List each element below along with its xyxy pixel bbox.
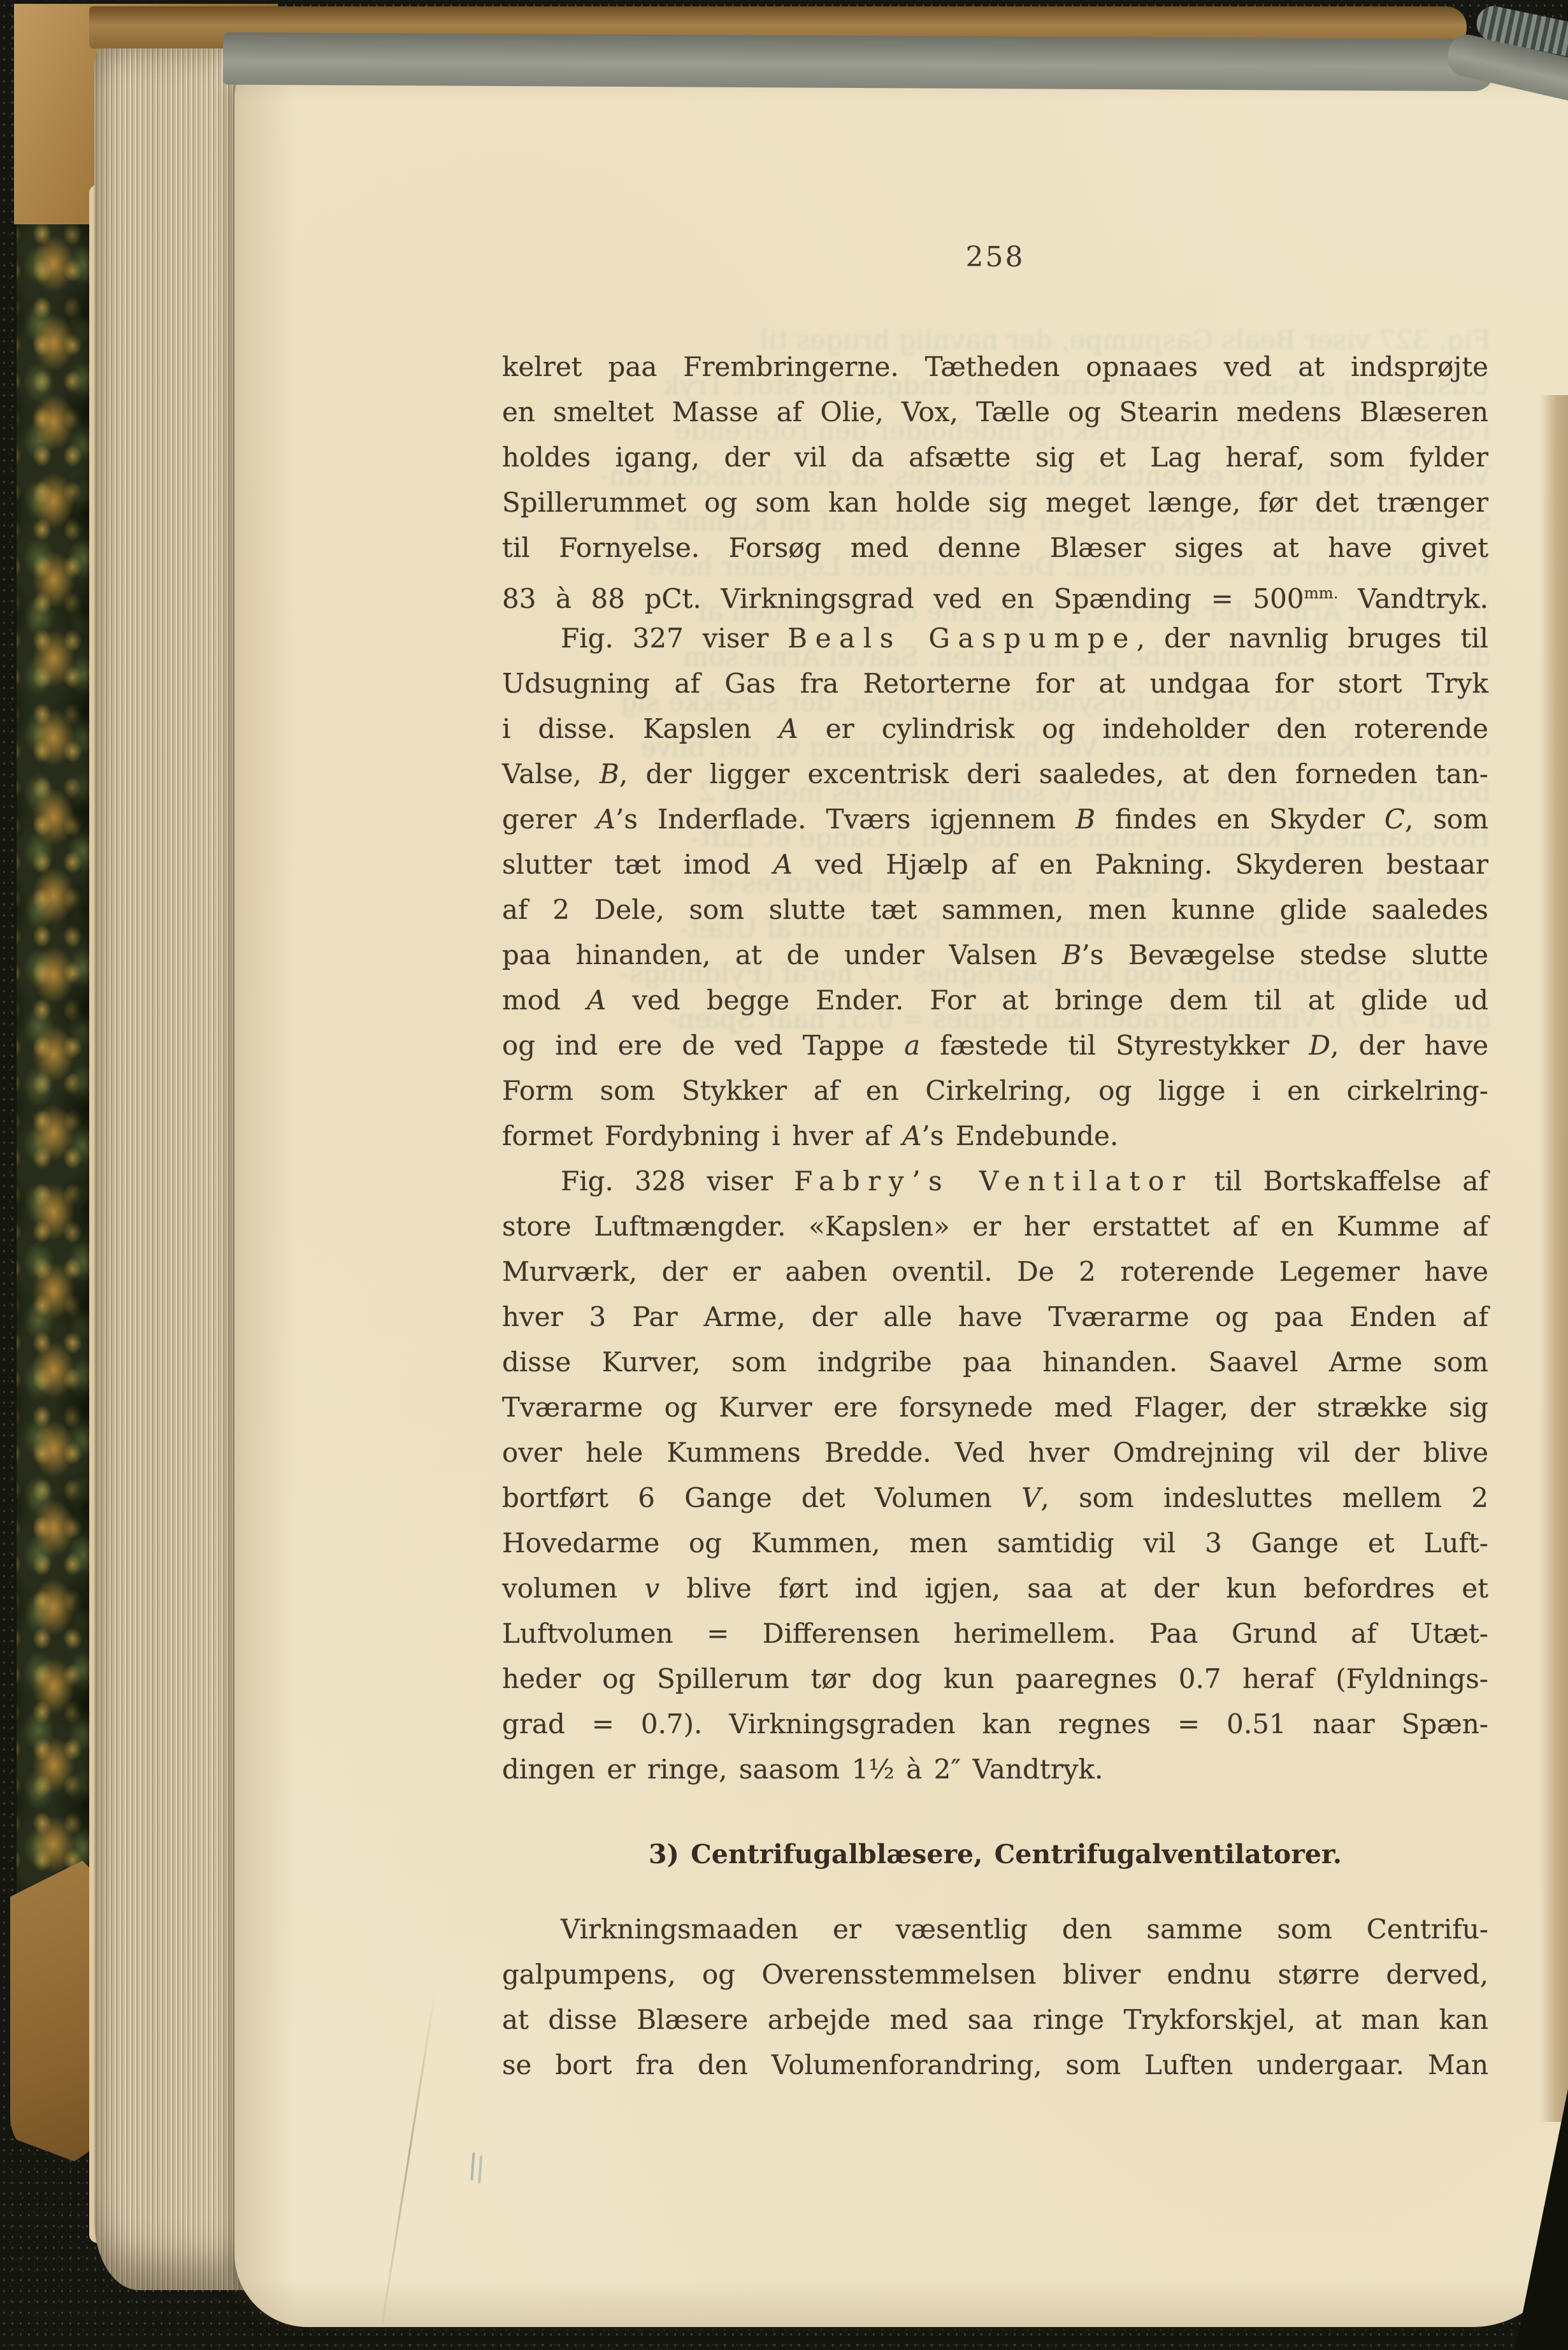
text-line: hver 3 Par Arme, der alle have Tværarme …	[502, 1294, 1488, 1339]
text-line: Fig. 327 viser Beals Gaspumpe, der navnl…	[502, 616, 1488, 661]
text-line: i disse. Kapslen A er cylindrisk og inde…	[502, 706, 1488, 751]
text-line: gerer A’s Inderflade. Tværs igjennem B f…	[502, 797, 1488, 842]
text-line: kelret paa Frembringerne. Tætheden opnaa…	[502, 344, 1488, 389]
text-line: 83 à 88 pCt. Virkningsgrad ved en Spændi…	[502, 570, 1488, 616]
text-line: disse Kurver, som indgribe paa hinanden.…	[502, 1339, 1488, 1385]
text-line: mod A ved begge Ender. For at bringe dem…	[502, 977, 1488, 1023]
text-line: formet Fordybning i hver af A’s Endebund…	[502, 1113, 1488, 1158]
text-line: og ind ere de ved Tappe a fæstede til St…	[502, 1023, 1488, 1068]
text-line: holdes igang, der vil da afsætte sig et …	[502, 435, 1488, 480]
text-line: Spillerummet og som kan holde sig meget …	[502, 480, 1488, 525]
text-line: at disse Blæsere arbejde med saa ringe T…	[502, 1997, 1488, 2042]
text-line: Luftvolumen = Differensen herimellem. Pa…	[502, 1611, 1488, 1656]
page-stack-top-edge	[223, 32, 1495, 91]
text-line: Udsugning af Gas fra Retorterne for at u…	[502, 661, 1488, 706]
body-text-block-2: Virkningsmaaden er væsentlig den samme s…	[502, 1907, 1488, 2087]
text-line: store Luftmængder. «Kapslen» er her erst…	[502, 1204, 1488, 1249]
page-number: 258	[502, 241, 1488, 273]
text-line: grad = 0.7). Virkningsgraden kan regnes …	[502, 1701, 1488, 1747]
marbled-cover-board	[17, 210, 94, 1896]
scanner-background: { "page": { "number": "258", "heading": …	[0, 0, 1568, 2350]
text-line: Fig. 328 viser Fabry’s Ventilator til Bo…	[502, 1158, 1488, 1204]
text-line: Form som Stykker af en Cirkelring, og li…	[502, 1068, 1488, 1113]
body-text-block-1: kelret paa Frembringerne. Tætheden opnaa…	[502, 344, 1488, 1792]
text-line: af 2 Dele, som slutte tæt sammen, men ku…	[502, 887, 1488, 932]
text-line: Tværarme og Kurver ere forsynede med Fla…	[502, 1385, 1488, 1430]
text-line: Valse, B, der ligger excentrisk deri saa…	[502, 751, 1488, 797]
text-line: dingen er ringe, saasom 1½ à 2″ Vandtryk…	[502, 1747, 1488, 1792]
text-line: Virkningsmaaden er væsentlig den samme s…	[502, 1907, 1488, 1952]
text-line: Hovedarme og Kummen, men samtidig vil 3 …	[502, 1520, 1488, 1566]
section-heading: 3) Centrifugalblæsere, Centrifugalventil…	[502, 1839, 1488, 1870]
text-line: slutter tæt imod A ved Hjælp af en Pakni…	[502, 842, 1488, 887]
text-line: til Fornyelse. Forsøg med denne Blæser s…	[502, 525, 1488, 570]
text-line: heder og Spillerum tør dog kun paaregnes…	[502, 1656, 1488, 1701]
gutter-shadow	[1539, 395, 1568, 2122]
text-line: galpumpens, og Overensstemmelsen bliver …	[502, 1952, 1488, 1997]
text-line: volumen v blive ført ind igjen, saa at d…	[502, 1566, 1488, 1611]
text-line: over hele Kummens Bredde. Ved hver Omdre…	[502, 1430, 1488, 1475]
text-line: en smeltet Masse af Olie, Vox, Tælle og …	[502, 389, 1488, 435]
text-line: Murværk, der er aaben oventil. De 2 rote…	[502, 1249, 1488, 1294]
text-line: se bort fra den Volumenforandring, som L…	[502, 2042, 1488, 2087]
text-line: bortført 6 Gange det Volumen V, som inde…	[502, 1475, 1488, 1520]
text-line: paa hinanden, at de under Valsen B’s Bev…	[502, 932, 1488, 977]
